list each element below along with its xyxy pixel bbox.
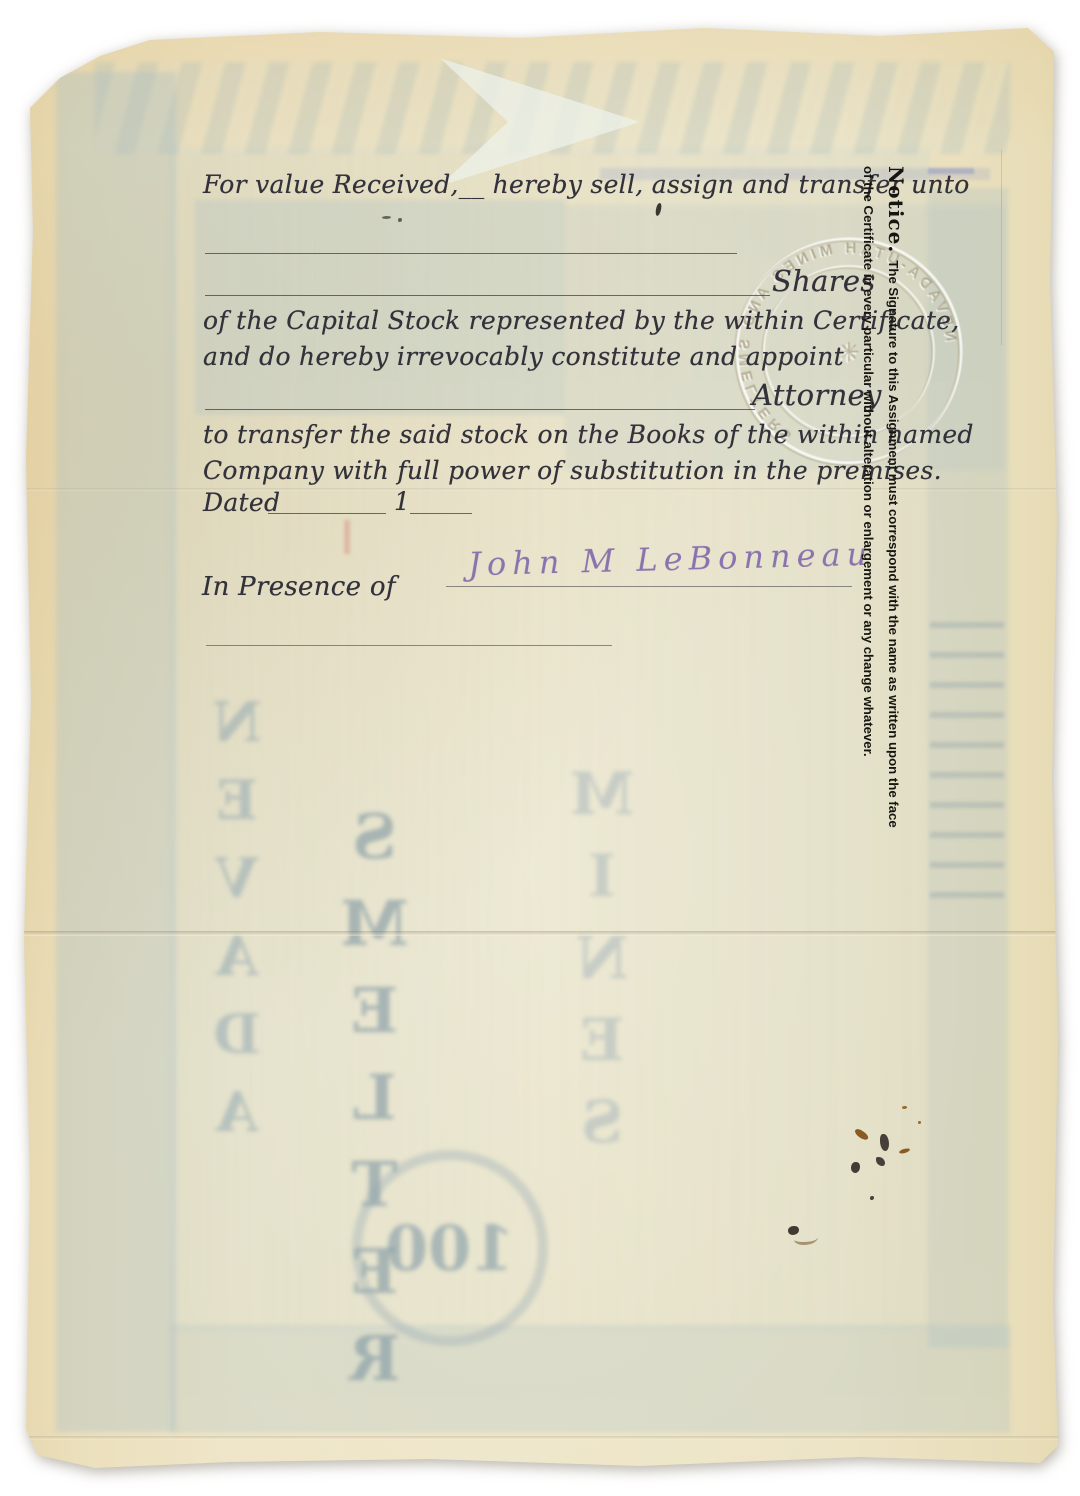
notice-heading: Notice.: [884, 166, 908, 253]
signature-notice: Notice.The Signature to this Assignment …: [856, 166, 908, 814]
certificate-back-paper: NEVADA SMELTER MINES 100 NEVADA-UTAH MIN…: [0, 0, 1080, 1496]
dated-year-rule: [410, 513, 472, 514]
red-smudge: [344, 520, 350, 554]
constitute-appoint-line: and do hereby irrevocably constitute and…: [203, 342, 844, 371]
assignee-write-in-rule: [205, 253, 737, 254]
substitution-line: Company with full power of substitution …: [203, 456, 942, 485]
in-presence-of-label: In Presence of: [202, 572, 396, 602]
scan-background: NEVADA SMELTER MINES 100 NEVADA-UTAH MIN…: [0, 0, 1080, 1496]
stock-transfer-form: For value Received,__ hereby sell, assig…: [0, 0, 1080, 1496]
notice-line-2: of the Certificate in every particular w…: [856, 166, 881, 814]
ink-blot: [880, 1134, 889, 1151]
dated-century-digit: 1: [394, 487, 410, 516]
owner-signature: John M LeBonneau: [468, 535, 874, 584]
attorney-write-in-rule: [205, 409, 755, 410]
signature-rule: [446, 586, 852, 587]
notice-line-1: Notice.The Signature to this Assignment …: [881, 166, 908, 814]
shares-write-in-rule: [205, 295, 770, 296]
witness-rule: [206, 645, 612, 646]
dated-day-rule: [268, 513, 386, 514]
value-received-line: For value Received,__ hereby sell, assig…: [203, 170, 970, 199]
capital-stock-line: of the Capital Stock represented by the …: [203, 306, 960, 335]
